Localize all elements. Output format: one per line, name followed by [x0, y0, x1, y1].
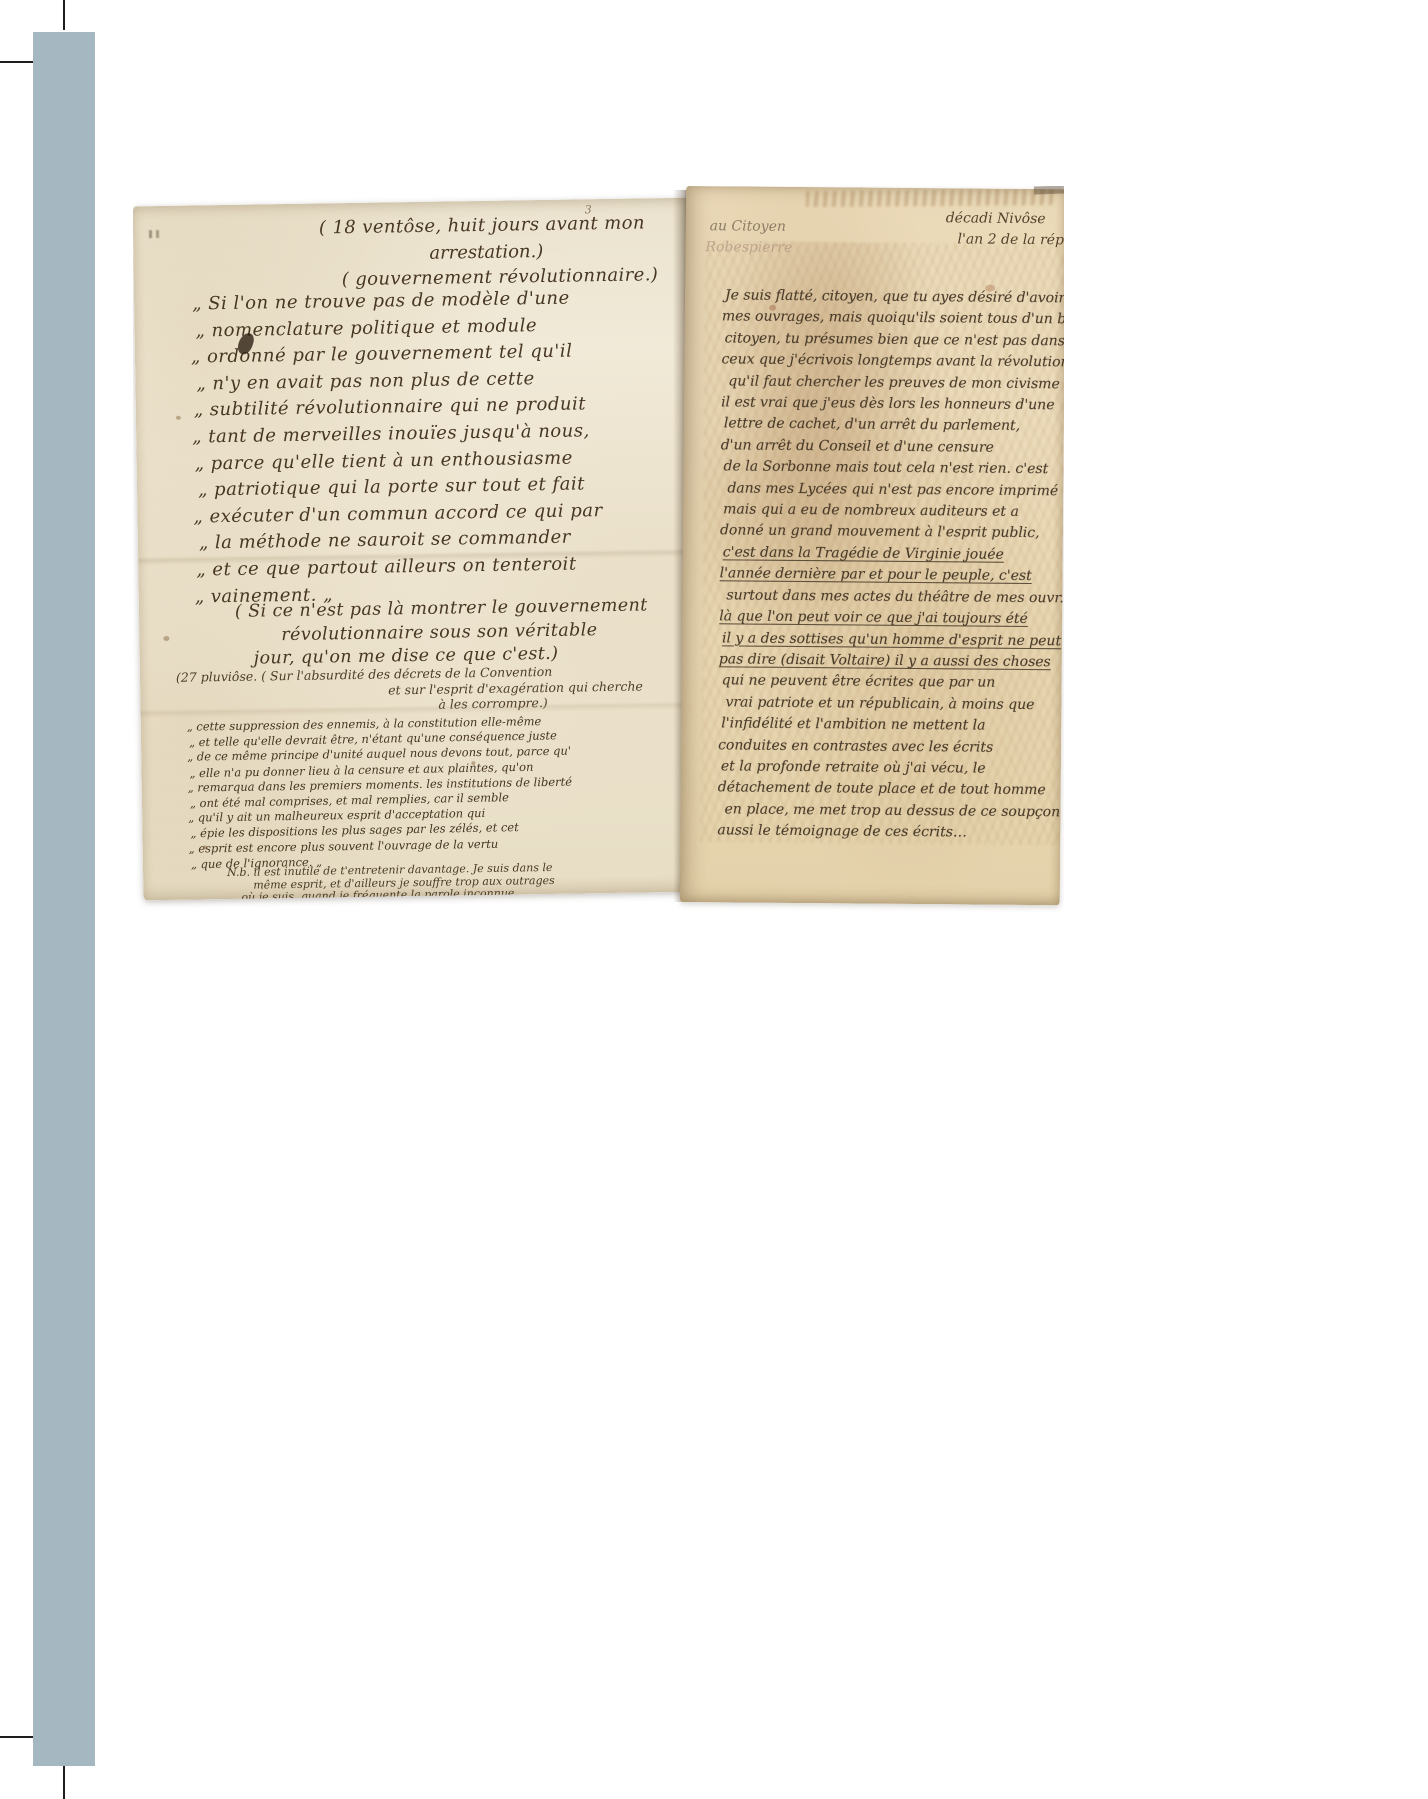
manuscript-line: décadi Nivôse [946, 208, 1064, 230]
manuscript-line: d'un arrêt du Conseil et d'une censure [721, 435, 1064, 460]
dense-quoted-passage: „ cette suppression des ennemis, à la co… [187, 714, 574, 872]
crop-mark-bottom-horizontal [0, 1736, 33, 1738]
margin-accent-bar [33, 32, 95, 1766]
quoted-passage: „ Si l'on ne trouve pas de modèle d'une„… [192, 285, 606, 611]
heading-date-line: ( 18 ventôse, huit jours avant mon [319, 212, 645, 238]
manuscript-line: conduites en contrastes avec les écrits [718, 735, 1064, 760]
pencil-smudge [149, 230, 175, 238]
page-canvas: { "palette": { "accent_bar": "#a5b7c0", … [0, 0, 1428, 1799]
heading-date-line-2: arrestation.) [429, 241, 543, 264]
crop-mark-bottom-vertical [63, 1766, 65, 1799]
paper-speck [203, 845, 208, 849]
manuscript-line: l'an 2 de la rép. [957, 229, 1064, 251]
manuscript-line: à les corrompre.) [438, 693, 643, 712]
pluviose-note: (27 pluviôse. ( Sur l'absurdité des décr… [176, 662, 643, 716]
manuscript-line: pas dire (disait Voltaire) il y a aussi … [719, 649, 1064, 674]
manuscript-left-page: 3 ( 18 ventôse, huit jours avant mon arr… [133, 198, 704, 901]
manuscript-line: donné un grand mouvement à l'esprit publ… [720, 521, 1064, 546]
crop-mark-top-horizontal [0, 61, 33, 63]
manuscript-line: aussi le témoignage de ces écrits… [717, 820, 1064, 845]
manuscript-line: dans mes Lycées qui n'est pas encore imp… [727, 478, 1064, 503]
letter-body: Je suis flatté, citoyen, que tu ayes dés… [720, 285, 1064, 845]
scan-edge-artifact [1034, 186, 1064, 195]
manuscript-line: là que l'on peut voir ce que j'ai toujou… [719, 606, 1064, 631]
paper-speck [471, 761, 475, 765]
paper-stain [985, 285, 995, 292]
commentary-note: ( Si ce n'est pas là montrer le gouverne… [235, 594, 649, 671]
paper-stain [769, 305, 776, 311]
manuscript-spread: 3 ( 18 ventôse, huit jours avant mon arr… [133, 186, 1064, 914]
crop-mark-top-vertical [63, 0, 65, 30]
paper-speck [163, 636, 169, 641]
manuscript-line: il est vrai que j'eus dès lors les honne… [721, 392, 1064, 417]
nota-bene-note: N.b. il est inutile de t'entretenir dava… [227, 862, 555, 900]
paper-speck [176, 416, 181, 420]
bleed-through-header [806, 189, 1056, 207]
manuscript-line: au Citoyen [710, 216, 793, 238]
manuscript-line: vrai patriote et un républicain, à moins… [725, 692, 1064, 717]
pencil-annotation-addressee: au CitoyenRobespierre [709, 216, 792, 259]
manuscript-right-page: au CitoyenRobespierre décadi Nivôsel'an … [680, 186, 1064, 905]
dateline: décadi Nivôsel'an 2 de la rép. [945, 208, 1064, 251]
manuscript-line: Robespierre [705, 237, 792, 259]
